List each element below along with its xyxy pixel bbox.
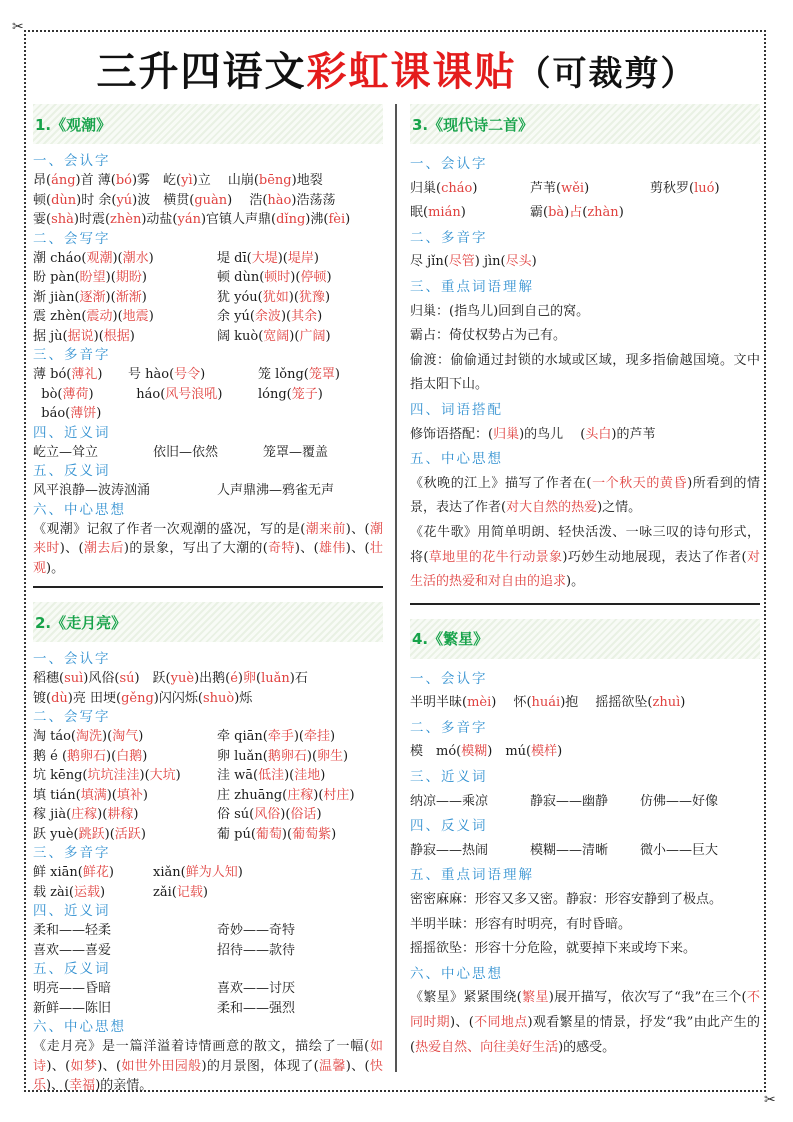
- text: 渐 jiàn(: [33, 290, 80, 305]
- answer-text: 逐渐: [80, 290, 106, 305]
- text: )(: [289, 290, 299, 305]
- text: 犹 yóu(: [217, 290, 263, 305]
- text: )。: [46, 561, 64, 576]
- text: )时震(: [74, 212, 110, 227]
- section-heading: 五、反义词: [33, 960, 383, 979]
- answer-text: 大堤: [252, 251, 278, 266]
- text: 芦苇(: [530, 181, 561, 196]
- text: )(: [294, 729, 304, 744]
- poly-cell: 薄 bó(薄礼): [33, 365, 128, 385]
- poly-cell: [128, 404, 258, 424]
- text-line: 霸占：倚仗权势占为己有。: [410, 324, 760, 349]
- answer-text: 鹅卵石: [67, 749, 106, 764]
- answer-text: 不同地点: [474, 1015, 528, 1030]
- text: ) 浩(: [227, 193, 267, 208]
- section-heading: 五、重点词语理解: [410, 863, 760, 888]
- word-pair: 纳凉——乘凉: [410, 790, 530, 815]
- text: 阔 kuò(: [217, 329, 263, 344]
- answer-text: 根据: [104, 329, 130, 344]
- word-pair: 喜欢——讨厌: [217, 979, 383, 999]
- section-heading: 一、会认字: [410, 152, 760, 177]
- word-pair: 仿佛——好像: [640, 790, 760, 815]
- answer-text: mián: [428, 205, 461, 220]
- answer-text: mèi: [467, 695, 491, 710]
- text: ): [349, 788, 354, 803]
- answer-text: shuò: [203, 691, 234, 706]
- text: )(: [313, 788, 323, 803]
- answer-text: 地震: [123, 309, 149, 324]
- text: )、(: [346, 1059, 370, 1074]
- text: báo(: [33, 406, 70, 421]
- word-pair: 奇妙——奇特: [217, 921, 383, 941]
- answer-text: 宽阔: [263, 329, 289, 344]
- text: ): [320, 768, 325, 783]
- text: 堤 dī(: [217, 251, 252, 266]
- text: )、(: [346, 541, 370, 556]
- text: 震 zhèn(: [33, 309, 87, 324]
- text: )的景象，写出了大潮的(: [124, 541, 268, 556]
- answer-text: dù: [51, 691, 68, 706]
- section-heading: 四、近义词: [33, 902, 383, 921]
- write-item: 顿 dùn(顿时)(停顿): [217, 268, 383, 288]
- text-line: 《花牛歌》用简单明朗、轻快活泼、一咏三叹的诗句形式，将(草地里的花牛行动景象)巧…: [410, 521, 760, 595]
- recognize-cell: 芦苇(wěi): [530, 177, 650, 202]
- text: )、(: [60, 541, 84, 556]
- answer-text: 笼罩: [309, 367, 335, 382]
- polyphone-line: 尽 jǐn(尽管) jìn(尽头): [410, 250, 760, 275]
- word-pair: 模糊——清晰: [530, 839, 640, 864]
- word-pair: 静寂——热闹: [410, 839, 530, 864]
- word-pair: 人声鼎沸—鸦雀无声: [217, 481, 383, 501]
- word-explanations: 归巢：(指鸟儿)回到自己的窝。霸占：倚仗权势占为己有。偷渡：偷偷通过封锁的水域或…: [410, 300, 760, 398]
- text: )的鸟儿 (: [519, 427, 585, 442]
- answer-text: yuè: [171, 671, 194, 686]
- text-line: 摇摇欲坠：形容十分危险，就要掉下来或垮下来。: [410, 937, 760, 962]
- text-line: báo(薄饼): [33, 404, 383, 424]
- text: )(: [107, 788, 117, 803]
- answer-text: 尽管: [449, 254, 475, 269]
- section-heading: 一、会认字: [33, 650, 383, 669]
- word-pair: 明亮——昏暗: [33, 979, 217, 999]
- recognize-cell: 归巢(cháo): [410, 177, 530, 202]
- text: ): [335, 367, 340, 382]
- answer-text: dùn: [51, 193, 76, 208]
- text: ): [316, 807, 321, 822]
- answer-text: 期盼: [116, 270, 142, 285]
- section-heading: 六、中心思想: [410, 962, 760, 987]
- text: ): [89, 387, 94, 402]
- answer-text: 淘洗: [76, 729, 102, 744]
- answer-text: 如梦: [70, 1059, 97, 1074]
- answer-text: yì: [181, 173, 193, 188]
- text: ): [619, 205, 624, 220]
- answer-text: 犹如: [263, 290, 289, 305]
- text: ): [325, 290, 330, 305]
- lesson-header: 3.《现代诗二首》: [410, 104, 760, 144]
- section-heading: 二、会写字: [33, 708, 383, 727]
- answer-text: zhèn: [110, 212, 141, 227]
- answer-text: guàn: [194, 193, 227, 208]
- answer-text: dǐng: [276, 212, 305, 227]
- section-rule: [410, 603, 760, 605]
- write-item: 坑 kēng(坑坑洼洼)(大坑): [33, 766, 217, 786]
- lesson-header: 4.《繁星》: [410, 619, 760, 659]
- text-line: 霎(shà)时震(zhèn)动盐(yán)官镇人声鼎(dǐng)沸(fèi): [33, 210, 383, 230]
- word-pair: 屹立—耸立: [33, 443, 153, 463]
- text: 鹅 é (: [33, 749, 67, 764]
- answer-text: 停顿: [300, 270, 326, 285]
- text: )闪闪烁(: [154, 691, 203, 706]
- text: ): [96, 406, 101, 421]
- text: )的亲情。: [95, 1078, 152, 1093]
- text-line: 归巢(cháo)芦苇(wěi)剪秋罗(luó): [410, 177, 760, 202]
- text: ): [325, 329, 330, 344]
- answer-text: 其余: [291, 309, 317, 324]
- text: 《走月亮》是一篇洋溢着诗情画意的散文，描绘了一幅(: [33, 1039, 369, 1054]
- answer-text: 顿时: [264, 270, 290, 285]
- write-item: 犹 yóu(犹如)(犹豫): [217, 288, 383, 308]
- text: 顿 dùn(: [217, 270, 264, 285]
- text: )波 横贯(: [132, 193, 194, 208]
- text: 半明半昧(: [410, 695, 467, 710]
- text: ): [176, 768, 181, 783]
- text: 《观潮》记叙了作者一次观潮的盛况，写的是(: [33, 522, 305, 537]
- word-pair: 柔和——轻柔: [33, 921, 217, 941]
- text: )地裂: [292, 173, 323, 188]
- answer-text: 活跃: [115, 827, 141, 842]
- text-line: 昂(áng)首 薄(bó)雾 屹(yì)立 山崩(bēng)地裂: [33, 171, 383, 191]
- answer-text: 笼子: [292, 387, 318, 402]
- scissor-icon: ✂: [12, 20, 24, 34]
- polyphone-rows: 鲜 xiān(鲜花)xiǎn(鲜为人知)载 zài(运载)zǎi(记载): [33, 863, 383, 902]
- text-line: 密密麻麻：形容又多又密。静寂：形容安静到了极点。: [410, 888, 760, 913]
- text: ): [680, 695, 685, 710]
- text-line: 半明半昧：形容有时明亮，有时昏暗。: [410, 913, 760, 938]
- text: ): [142, 749, 147, 764]
- answer-text: 幸福: [69, 1078, 95, 1093]
- text: )、(: [450, 1015, 474, 1030]
- text: xiǎn(: [153, 865, 186, 880]
- text: ): [331, 827, 336, 842]
- text: 潮 cháo(: [33, 251, 86, 266]
- write-item: 潮 cháo(观潮)(潮水): [33, 249, 217, 269]
- text: )(: [289, 329, 299, 344]
- antonym-list: 风平浪静—波涛汹涌人声鼎沸—鸦雀无声: [33, 481, 383, 501]
- answer-text: 一个秋天的黄昏: [592, 476, 688, 491]
- answer-text: yán: [177, 212, 200, 227]
- answer-text: 俗话: [290, 807, 316, 822]
- answer-text: 鲜为人知: [186, 865, 238, 880]
- answer-text: 运载: [74, 885, 100, 900]
- text: 牵 qiān(: [217, 729, 268, 744]
- answer-text: 渐渐: [116, 290, 142, 305]
- answer-text: 余波: [255, 309, 281, 324]
- recognize-cell: [650, 201, 760, 226]
- text: 跃 yuè(: [33, 827, 79, 842]
- answer-text: zhuì: [652, 695, 680, 710]
- text: )抱 摇摇欲坠(: [560, 695, 652, 710]
- text: ): [133, 807, 138, 822]
- text: 《秋晚的江上》描写了作者在(: [410, 476, 592, 491]
- text: 霸(: [530, 205, 548, 220]
- write-item: 阔 kuò(宽阔)(广阔): [217, 327, 383, 347]
- answer-text: 潮水: [123, 251, 149, 266]
- answer-text: 震动: [87, 309, 113, 324]
- title-note: （可裁剪）: [517, 54, 697, 94]
- text-line: bò(薄荷) háo(风号浪吼)lóng(笼子): [33, 385, 383, 405]
- answer-text: 卵: [243, 671, 256, 686]
- text: )(: [105, 827, 115, 842]
- answer-text: bà: [548, 205, 564, 220]
- recognize-lines: 昂(áng)首 薄(bó)雾 屹(yì)立 山崩(bēng)地裂顿(dùn)时 …: [33, 171, 383, 230]
- text: 据 jù(: [33, 329, 68, 344]
- word-pair: 静寂——幽静: [530, 790, 640, 815]
- lesson-header: 2.《走月亮》: [33, 602, 383, 642]
- poly-cell: báo(薄饼): [33, 404, 128, 424]
- answer-text: 鲜花: [83, 865, 109, 880]
- answer-text: 如世外田园般: [121, 1059, 201, 1074]
- antonym-list: 静寂——热闹模糊——清晰微小——巨大: [410, 839, 760, 864]
- text: ): [130, 329, 135, 344]
- text: )石: [290, 671, 308, 686]
- text-line: 镀(dù)亮 田埂(gěng)闪闪烁(shuò)烁: [33, 689, 383, 709]
- answer-text: 模样: [531, 744, 557, 759]
- title-highlight: 彩虹课课贴: [307, 49, 517, 95]
- text: bò(: [33, 387, 63, 402]
- lesson-title: 3.《现代诗二首》: [412, 114, 533, 135]
- write-item: 盼 pàn(盼望)(期盼): [33, 268, 217, 288]
- answer-text: cháo: [441, 181, 472, 196]
- text: 昂(: [33, 173, 51, 188]
- text-line: 偷渡：偷偷通过封锁的水域或区域，现多指偷越国境。文中指太阳下山。: [410, 349, 760, 398]
- answer-text: 草地里的花牛行动景象: [428, 550, 562, 565]
- answer-text: 繁星: [522, 990, 549, 1005]
- word-pair: 柔和——强烈: [217, 999, 383, 1019]
- text: )(: [280, 807, 290, 822]
- text: )、(: [46, 1059, 70, 1074]
- text: ): [584, 181, 589, 196]
- antonym-list: 明亮——昏暗喜欢——讨厌新鲜——陈旧柔和——强烈: [33, 979, 383, 1018]
- column-divider: [395, 104, 397, 1072]
- text: ): [238, 865, 243, 880]
- poly-cell: [258, 404, 383, 424]
- answer-text: 据说: [68, 329, 94, 344]
- write-item: 跃 yuè(跳跃)(活跃): [33, 825, 217, 845]
- answer-text: 牵挂: [304, 729, 330, 744]
- text: 号 hào(: [128, 367, 174, 382]
- text: )、(: [295, 541, 319, 556]
- answer-text: 记载: [177, 885, 203, 900]
- section-heading: 二、多音字: [410, 716, 760, 741]
- synonym-list: 纳凉——乘凉静寂——幽静仿佛——好像: [410, 790, 760, 815]
- poly-cell: zǎi(记载): [153, 883, 353, 903]
- page-title: 三升四语文彩虹课课贴（可裁剪）: [0, 40, 793, 97]
- section-rule: [33, 586, 383, 588]
- poly-cell: lóng(笼子): [258, 385, 383, 405]
- section-heading: 二、会写字: [33, 230, 383, 249]
- answer-text: hào: [267, 193, 291, 208]
- text: lóng(: [258, 387, 292, 402]
- answer-text: 庄稼: [71, 807, 97, 822]
- answer-text: 洼地: [294, 768, 320, 783]
- answer-text: sú: [119, 671, 134, 686]
- text: )(: [278, 251, 288, 266]
- answer-text: 广阔: [299, 329, 325, 344]
- text: 薄 bó(: [33, 367, 71, 382]
- text: ): [143, 788, 148, 803]
- answer-text: huái: [532, 695, 561, 710]
- write-item: 余 yú(余波)(其余): [217, 307, 383, 327]
- synonym-list: 屹立—耸立依旧—依然笼罩—覆盖: [33, 443, 383, 463]
- text: )展开描写，依次写了“我”在三个(: [549, 990, 747, 1005]
- write-item: 鹅 é (鹅卵石)(白鹅): [33, 747, 217, 767]
- answer-text: 耕稼: [107, 807, 133, 822]
- poly-cell: háo(风号浪吼): [128, 385, 258, 405]
- text: ): [142, 290, 147, 305]
- answer-text: bó: [116, 173, 132, 188]
- write-item: 俗 sú(风俗)(俗话): [217, 805, 383, 825]
- text: )动盐(: [141, 212, 177, 227]
- answer-text: 大坑: [150, 768, 176, 783]
- write-item: 震 zhèn(震动)(地震): [33, 307, 217, 327]
- text: ): [97, 367, 102, 382]
- answer-text: 卵生: [317, 749, 343, 764]
- text: )(: [94, 329, 104, 344]
- lesson-title: 1.《观潮》: [35, 114, 111, 135]
- write-item: 牵 qiān(牵手)(牵挂): [217, 727, 383, 747]
- text: )。: [566, 574, 584, 589]
- text: 葡 pú(: [217, 827, 256, 842]
- answer-text: 填满: [81, 788, 107, 803]
- answer-text: 庄稼: [287, 788, 313, 803]
- text: )的感受。: [558, 1040, 615, 1055]
- text: ): [314, 251, 319, 266]
- text: ): [318, 387, 323, 402]
- write-item: 据 jù(据说)(根据): [33, 327, 217, 347]
- answer-text: 潮去后: [84, 541, 124, 556]
- answer-text: áng: [51, 173, 75, 188]
- text: )(: [282, 827, 292, 842]
- word-pair: 喜欢——喜爱: [33, 941, 217, 961]
- word-pair: 依旧—依然: [153, 443, 263, 463]
- text: 俗 sú(: [217, 807, 254, 822]
- text: ) 跃(: [134, 671, 170, 686]
- answer-text: zhàn: [587, 205, 618, 220]
- answer-text: 热爱自然、向往美好生活: [415, 1040, 558, 1055]
- word-pair: 新鲜——陈旧: [33, 999, 217, 1019]
- answer-text: 葡萄: [256, 827, 282, 842]
- text: 洼 wā(: [217, 768, 258, 783]
- section-heading: 三、多音字: [33, 844, 383, 863]
- answer-text: 低洼: [258, 768, 284, 783]
- answer-text: gěng: [121, 691, 154, 706]
- polyphone-line: 模 mó(模糊) mú(模样): [410, 740, 760, 765]
- section-heading: 三、近义词: [410, 765, 760, 790]
- text: )(: [113, 309, 123, 324]
- text: 鲜 xiān(: [33, 865, 83, 880]
- text: 余 yú(: [217, 309, 255, 324]
- text: )浩荡荡: [291, 193, 335, 208]
- text-line: 眠(mián)霸(bà)占(zhàn): [410, 201, 760, 226]
- text: ) jìn(: [475, 254, 506, 269]
- write-item: 填 tián(填满)(填补): [33, 786, 217, 806]
- text: ): [200, 367, 205, 382]
- text: )(: [106, 290, 116, 305]
- answer-text: 模糊: [461, 744, 487, 759]
- text: háo(: [128, 387, 165, 402]
- section-heading: 一、会认字: [410, 667, 760, 692]
- recognize-rows: 归巢(cháo)芦苇(wěi)剪秋罗(luó)眠(mián)霸(bà)占(zhà…: [410, 177, 760, 226]
- text: ): [343, 749, 348, 764]
- answer-text: 占: [569, 205, 582, 220]
- answer-text: 奇特: [268, 541, 295, 556]
- write-item: 堤 dī(大堤)(堤岸): [217, 249, 383, 269]
- answer-text: 薄礼: [71, 367, 97, 382]
- write-grid: 淘 táo(淘洗)(淘气)牵 qiān(牵手)(牵挂)鹅 é (鹅卵石)(白鹅)…: [33, 727, 383, 844]
- text: ): [557, 744, 562, 759]
- answer-text: 对大自然的热爱: [506, 500, 597, 515]
- answer-text: 白鹅: [116, 749, 142, 764]
- text: 盼 pàn(: [33, 270, 80, 285]
- answer-text: 头白: [585, 427, 611, 442]
- text: )(: [106, 270, 116, 285]
- text-line: 归巢：(指鸟儿)回到自己的窝。: [410, 300, 760, 325]
- text: )、(: [97, 1059, 121, 1074]
- write-item: 庄 zhuāng(庄稼)(村庄): [217, 786, 383, 806]
- text: ): [461, 205, 466, 220]
- text: ): [532, 254, 537, 269]
- answer-text: shà: [51, 212, 74, 227]
- text: 镀(: [33, 691, 51, 706]
- answer-text: 号令: [174, 367, 200, 382]
- answer-text: 盼望: [80, 270, 106, 285]
- synonym-list: 柔和——轻柔奇妙——奇特喜欢——喜爱招待——款待: [33, 921, 383, 960]
- section-heading: 五、中心思想: [410, 447, 760, 472]
- text: 填 tián(: [33, 788, 81, 803]
- text: 归巢(: [410, 181, 441, 196]
- left-column: 1.《观潮》 一、会认字 昂(áng)首 薄(bó)雾 屹(yì)立 山崩(bē…: [33, 104, 383, 1096]
- answer-text: 风俗: [254, 807, 280, 822]
- poly-cell: xiǎn(鲜为人知): [153, 863, 353, 883]
- text: )巧妙生动地展现，表达了作者(: [562, 550, 746, 565]
- text-line: 薄 bó(薄礼)号 hào(号令)笼 lǒng(笼罩): [33, 365, 383, 385]
- write-item: 稼 jià(庄稼)(耕稼): [33, 805, 217, 825]
- text: 霎(: [33, 212, 51, 227]
- text: )(: [102, 729, 112, 744]
- answer-text: 跳跃: [79, 827, 105, 842]
- answer-text: 犹豫: [299, 290, 325, 305]
- word-pair: 招待——款待: [217, 941, 383, 961]
- recognize-line: 半明半昧(mèi) 怀(huái)抱 摇摇欲坠(zhuì): [410, 691, 760, 716]
- text: )(: [281, 309, 291, 324]
- word-pair: 笼罩—覆盖: [263, 443, 383, 463]
- section-heading: 四、近义词: [33, 424, 383, 443]
- answer-text: 归巢: [493, 427, 519, 442]
- write-item: 葡 pú(葡萄)(葡萄紫): [217, 825, 383, 845]
- text: )风俗(: [83, 671, 119, 686]
- answer-text: fèi: [328, 212, 345, 227]
- answer-text: 薄荷: [63, 387, 89, 402]
- text-line: 顿(dùn)时 余(yú)波 横贯(guàn) 浩(hào)浩荡荡: [33, 191, 383, 211]
- section-heading: 三、多音字: [33, 346, 383, 365]
- word-explanations: 密密麻麻：形容又多又密。静寂：形容安静到了极点。半明半昧：形容有时明亮，有时昏暗…: [410, 888, 760, 962]
- answer-text: 坑坑洼洼: [87, 768, 139, 783]
- text: )立 山崩(: [193, 173, 259, 188]
- write-item: 洼 wā(低洼)(洼地): [217, 766, 383, 786]
- text: ): [203, 885, 208, 900]
- text: )(: [284, 768, 294, 783]
- answer-text: 尽头: [506, 254, 532, 269]
